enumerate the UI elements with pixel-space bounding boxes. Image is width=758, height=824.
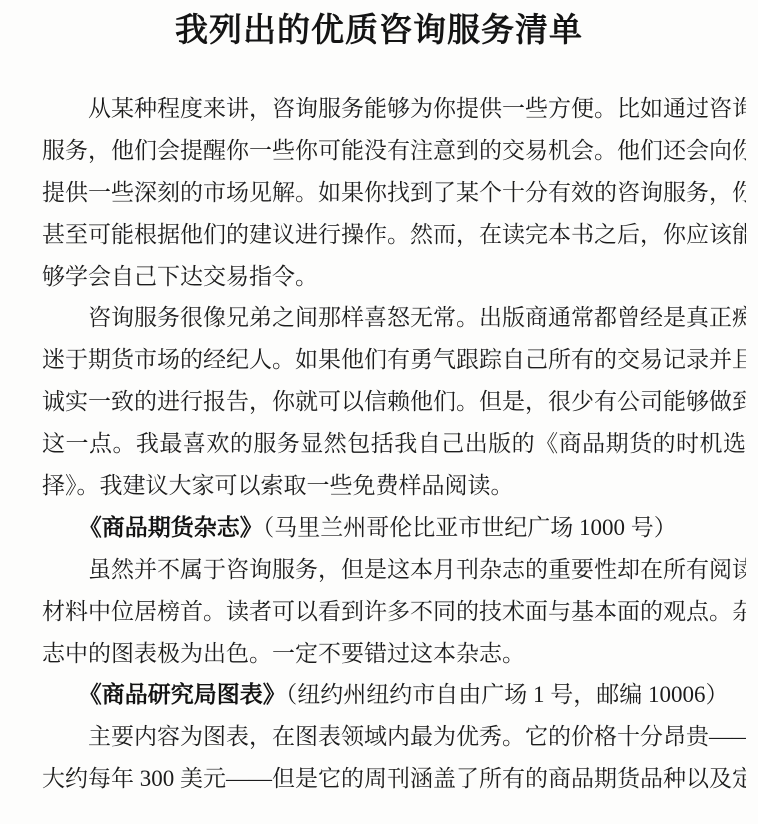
text-line: 主要内容为图表，在图表领域内最为优秀。它的价格十分昂贵—— bbox=[42, 716, 746, 758]
text-line: 够学会自己下达交易指令。 bbox=[42, 256, 746, 298]
paragraph: 主要内容为图表，在图表领域内最为优秀。它的价格十分昂贵——大约每年 300 美元… bbox=[42, 716, 746, 800]
text-line: 迷于期货市场的经纪人。如果他们有勇气跟踪自己所有的交易记录并且 bbox=[42, 339, 746, 381]
entry-title: 《商品研究局图表》 bbox=[79, 681, 286, 707]
text-line: 虽然并不属于咨询服务，但是这本月刊杂志的重要性却在所有阅读 bbox=[42, 549, 746, 591]
entry-line: 《商品研究局图表》（纽约州纽约市自由广场 1 号，邮编 10006） bbox=[42, 674, 746, 716]
text-line: 咨询服务很像兄弟之间那样喜怒无常。出版商通常都曾经是真正痴 bbox=[42, 297, 746, 339]
paragraph: 虽然并不属于咨询服务，但是这本月刊杂志的重要性却在所有阅读材料中位居榜首。读者可… bbox=[42, 549, 746, 675]
entry-line: 《商品期货杂志》（马里兰州哥伦比亚市世纪广场 1000 号） bbox=[42, 507, 746, 549]
text-line: 志中的图表极为出色。一定不要错过这本杂志。 bbox=[42, 633, 746, 675]
entry-address: （纽约州纽约市自由广场 1 号，邮编 10006） bbox=[286, 682, 729, 707]
text-line: 大约每年 300 美元——但是它的周刊涵盖了所有的商品期货品种以及定 bbox=[42, 758, 746, 800]
entry-address: （马里兰州哥伦比亚市世纪广场 1000 号） bbox=[263, 515, 677, 540]
paragraph: 《商品期货杂志》（马里兰州哥伦比亚市世纪广场 1000 号） bbox=[42, 507, 746, 549]
text-line: 材料中位居榜首。读者可以看到许多不同的技术面与基本面的观点。杂 bbox=[42, 591, 746, 633]
text-line: 甚至可能根据他们的建议进行操作。然而，在读完本书之后，你应该能 bbox=[42, 214, 746, 256]
text-column: 从某种程度来讲，咨询服务能够为你提供一些方便。比如通过咨询服务，他们会提醒你一些… bbox=[42, 88, 746, 800]
text-line: 服务，他们会提醒你一些你可能没有注意到的交易机会。他们还会向你 bbox=[42, 130, 746, 172]
text-line: 这一点。我最喜欢的服务显然包括我自己出版的《商品期货的时机选 bbox=[42, 423, 746, 465]
text-line: 提供一些深刻的市场见解。如果你找到了某个十分有效的咨询服务，你 bbox=[42, 172, 746, 214]
paragraph: 咨询服务很像兄弟之间那样喜怒无常。出版商通常都曾经是真正痴迷于期货市场的经纪人。… bbox=[42, 297, 746, 506]
text-line: 择》。我建议大家可以索取一些免费样品阅读。 bbox=[42, 465, 746, 507]
page-title: 我列出的优质咨询服务清单 bbox=[0, 8, 758, 52]
paragraph: 《商品研究局图表》（纽约州纽约市自由广场 1 号，邮编 10006） bbox=[42, 674, 746, 716]
text-line: 从某种程度来讲，咨询服务能够为你提供一些方便。比如通过咨询 bbox=[42, 88, 746, 130]
paragraph: 从某种程度来讲，咨询服务能够为你提供一些方便。比如通过咨询服务，他们会提醒你一些… bbox=[42, 88, 746, 297]
text-line: 诚实一致的进行报告，你就可以信赖他们。但是，很少有公司能够做到 bbox=[42, 381, 746, 423]
entry-title: 《商品期货杂志》 bbox=[79, 514, 263, 540]
book-page: 我列出的优质咨询服务清单 从某种程度来讲，咨询服务能够为你提供一些方便。比如通过… bbox=[0, 0, 758, 824]
